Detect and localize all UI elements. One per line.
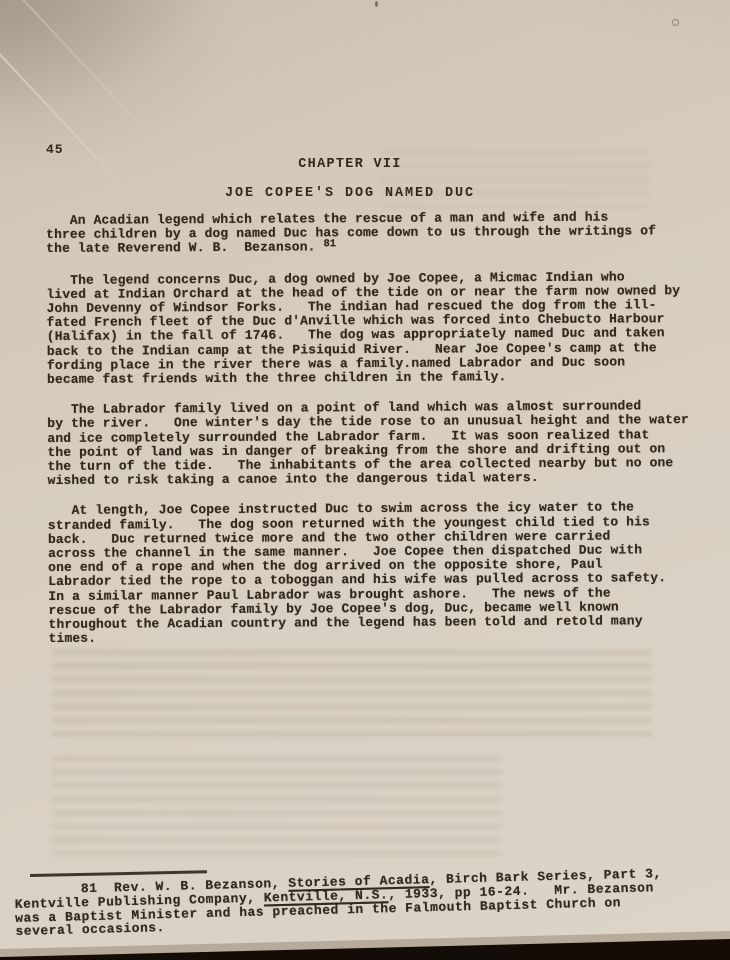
text-run: The Labrador family lived on a point of …	[47, 399, 689, 489]
dust-speck	[672, 19, 679, 26]
chapter-heading: CHAPTER VII	[0, 157, 700, 172]
document-title: JOE COPEE'S DOG NAMED DUC	[0, 186, 700, 201]
page-number: 45	[46, 142, 64, 157]
chapter-header: CHAPTER VII JOE COPEE'S DOG NAMED DUC	[0, 157, 700, 201]
paragraph-4: At length, Joe Copee instructed Duc to s…	[48, 500, 705, 646]
footnote-reference-superscript: 81	[323, 239, 336, 251]
paragraph-3: The Labrador family lived on a point of …	[47, 399, 704, 488]
footnote-rule	[30, 870, 207, 876]
text-run: An Acadian legend which relates the resc…	[46, 210, 656, 257]
document-page: 45 CHAPTER VII JOE COPEE'S DOG NAMED DUC…	[0, 0, 730, 960]
paragraph-1: An Acadian legend which relates the resc…	[46, 210, 702, 258]
dust-speck	[375, 1, 378, 7]
bleed-through-text	[52, 756, 502, 856]
text-run: At length, Joe Copee instructed Duc to s…	[48, 500, 666, 646]
bleed-through-text	[52, 650, 652, 745]
photo-of-document: 45 CHAPTER VII JOE COPEE'S DOG NAMED DUC…	[0, 0, 730, 960]
text-run: The legend concerns Duc, a dog owned by …	[46, 269, 680, 387]
paragraph-2: The legend concerns Duc, a dog owned by …	[46, 270, 703, 388]
body-text: An Acadian legend which relates the resc…	[46, 210, 705, 662]
footnote: 81 Rev. W. B. Bezanson, Stories of Acadi…	[14, 866, 717, 940]
